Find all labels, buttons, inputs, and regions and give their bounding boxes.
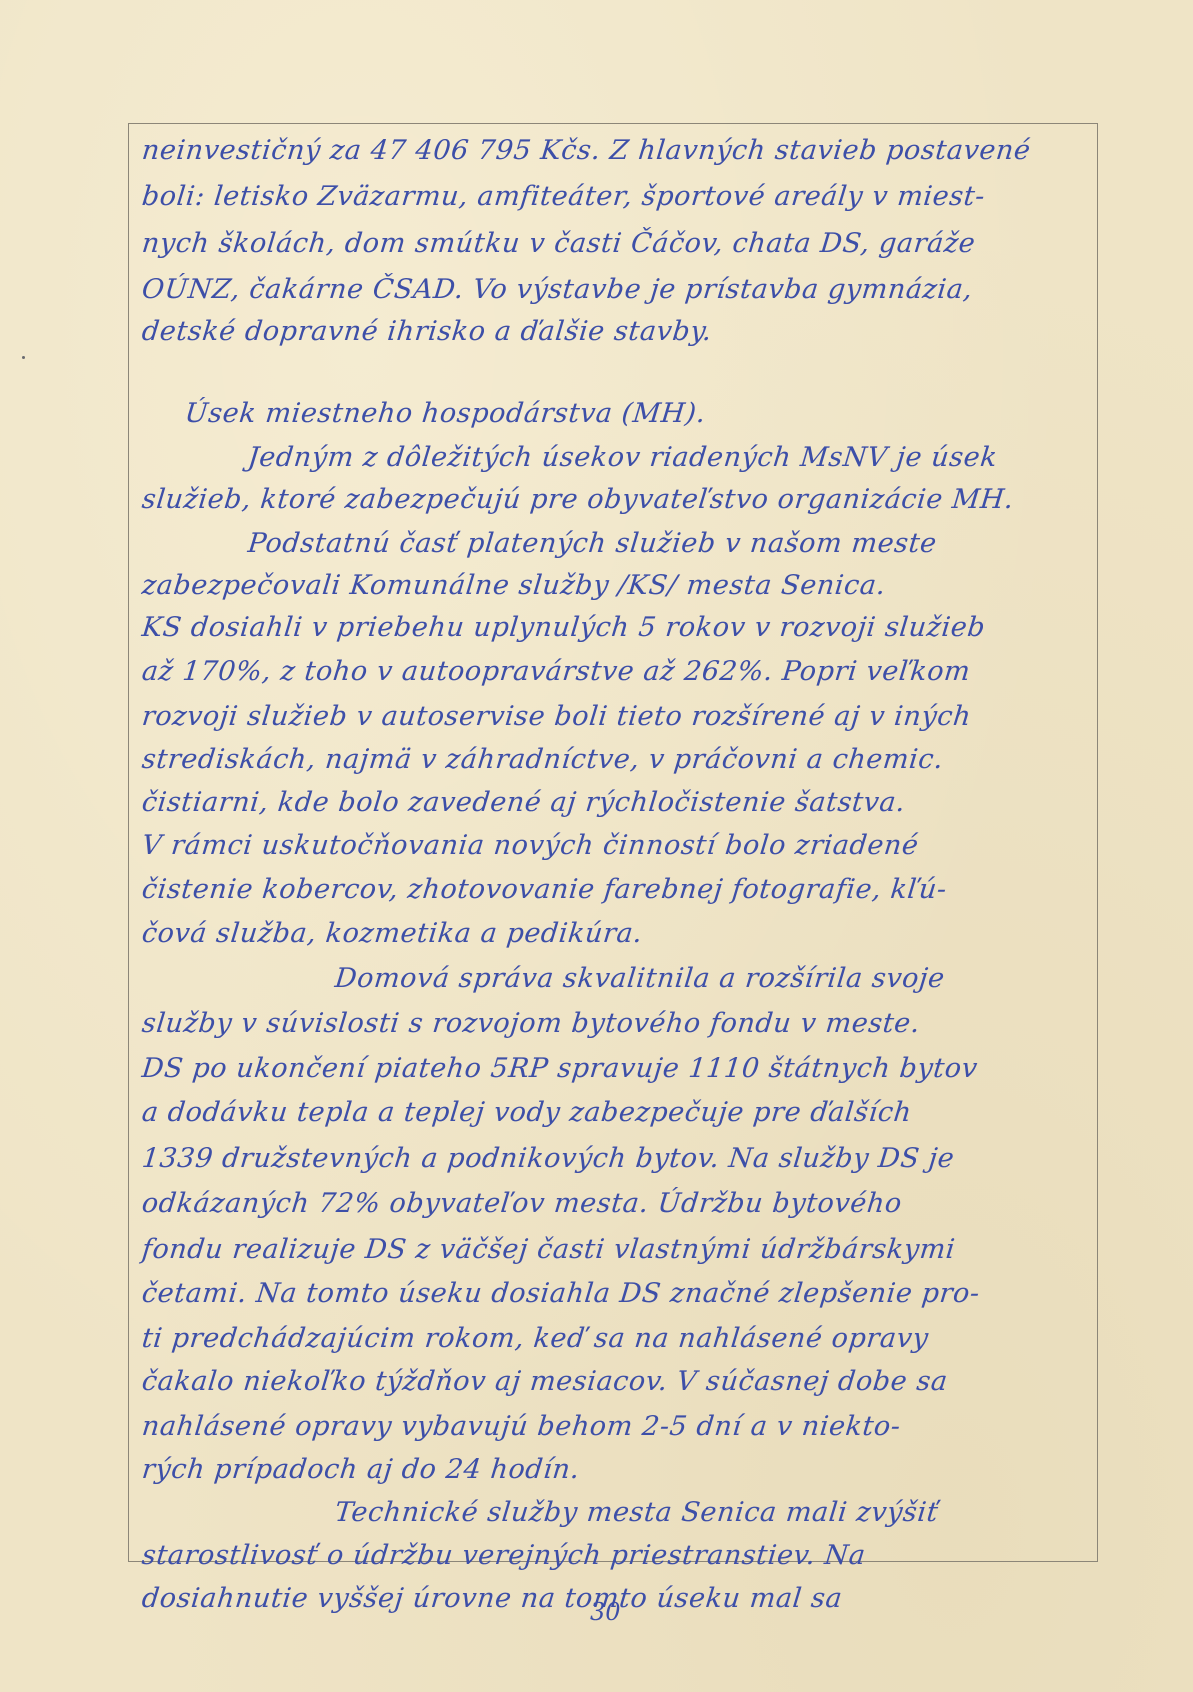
text-line: boli: letisko Zväzarmu, amfiteáter, špor… <box>140 181 986 212</box>
text-line: V rámci uskutočňovania nových činností b… <box>140 830 920 861</box>
text-line: KS dosiahli v priebehu uplynulých 5 roko… <box>140 612 987 643</box>
section-heading: Úsek miestneho hospodárstva (MH). <box>183 398 707 429</box>
text-line: služieb, ktoré zabezpečujú pre obyvateľs… <box>140 484 1015 515</box>
text-line: strediskách, najmä v záhradníctve, v prá… <box>140 744 945 775</box>
text-line: DS po ukončení piateho 5RP spravuje 1110… <box>140 1053 979 1084</box>
text-line: starostlivosť o údržbu verejných priestr… <box>140 1540 867 1571</box>
text-line: rozvoji služieb v autoservise boli tieto… <box>140 701 972 732</box>
text-line: neinvestičný za 47 406 795 Kčs. Z hlavný… <box>140 135 1032 166</box>
text-line: zabezpečovali Komunálne služby /KS/ mest… <box>140 570 887 601</box>
text-line: ti predchádzajúcim rokom, keď sa na nahl… <box>140 1323 930 1354</box>
text-line: dosiahnutie vyššej úrovne na tomto úseku… <box>140 1583 844 1614</box>
text-line: fondu realizuje DS z väčšej časti vlastn… <box>140 1234 956 1265</box>
text-line: Technické služby mesta Senica mali zvýši… <box>333 1497 939 1528</box>
text-line: detské dopravné ihrisko a ďalšie stavby. <box>140 316 713 347</box>
text-line: a dodávku tepla a teplej vody zabezpečuj… <box>140 1097 913 1128</box>
text-line: čistiarni, kde bolo zavedené aj rýchloči… <box>140 787 907 818</box>
text-line: odkázaných 72% obyvateľov mesta. Údržbu … <box>140 1188 903 1219</box>
text-line: čakalo niekoľko týždňov aj mesiacov. V s… <box>140 1366 949 1397</box>
text-line: čistenie kobercov, zhotovovanie farebnej… <box>140 874 948 905</box>
text-line: nych školách, dom smútku v časti Čáčov, … <box>140 228 977 259</box>
page-number: 30 <box>590 1598 621 1626</box>
text-line: Domová správa skvalitnila a rozšírila sv… <box>333 963 946 994</box>
text-line: OÚNZ, čakárne ČSAD. Vo výstavbe je príst… <box>140 274 974 305</box>
text-line: Jedným z dôležitých úsekov riadených MsN… <box>246 442 999 473</box>
text-line: 1339 družstevných a podnikových bytov. N… <box>140 1143 956 1174</box>
text-line: rých prípadoch aj do 24 hodín. <box>140 1454 581 1485</box>
text-line: služby v súvislosti s rozvojom bytového … <box>140 1008 921 1039</box>
text-line: nahlásené opravy vybavujú behom 2-5 dní … <box>140 1411 902 1442</box>
paper-speck <box>22 356 25 359</box>
text-line: četami. Na tomto úseku dosiahla DS značn… <box>140 1278 981 1309</box>
text-line: Podstatnú časť platených služieb v našom… <box>246 528 938 559</box>
text-line: až 170%, z toho v autoopravárstve až 262… <box>140 656 972 687</box>
text-line: čová služba, kozmetika a pedikúra. <box>140 918 644 949</box>
